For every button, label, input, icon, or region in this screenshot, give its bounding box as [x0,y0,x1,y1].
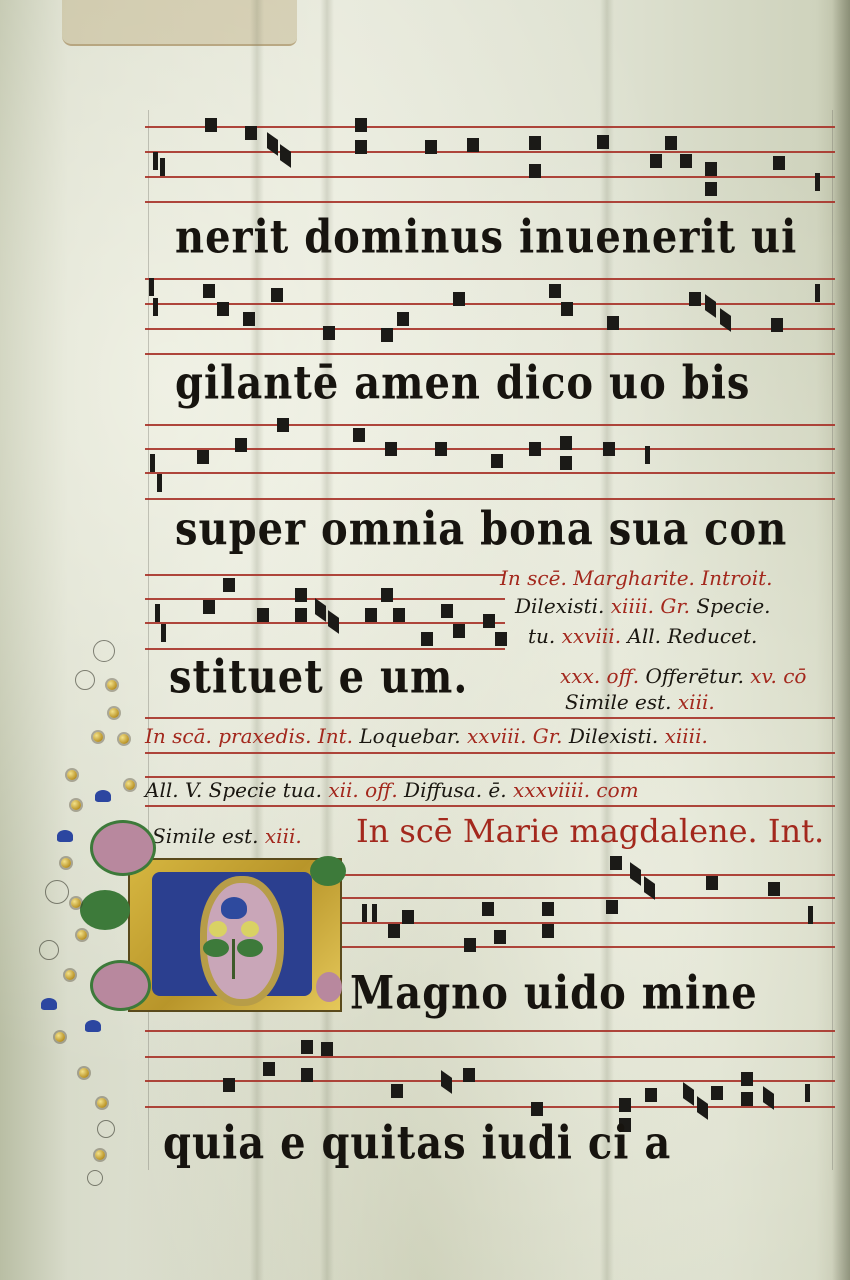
rubric-margaret-line5: Simile est. xiii. [565,690,715,714]
neume [453,292,465,306]
gold-bezant-icon [79,1068,89,1078]
rubric-text: Simile est. [152,824,259,848]
neume [705,162,717,176]
neume [323,326,335,340]
neume [217,302,229,316]
neume [606,900,618,914]
rubric-text: Loquebar. [359,724,460,748]
neume [393,608,405,622]
neume [355,118,367,132]
chant-text: stituet e um. [169,650,468,704]
neume [482,902,494,916]
neume [610,856,622,870]
neume [295,588,307,602]
acanthus-leaf-icon [310,856,346,886]
neume [295,608,307,622]
rubric-praxedis-line1: In scā. praxedis. Int. Loquebar. xxviii.… [145,724,708,748]
neume [435,442,447,456]
leaf-icon [203,939,229,957]
neume [529,136,541,150]
neume-ligature [683,1082,694,1106]
neume [203,284,215,298]
clef [157,474,162,492]
gold-bezant-icon [71,898,81,908]
rubric-text: All. Reducet. [627,624,757,648]
rubric-text: Diffusa. ē. [404,778,507,802]
neume [463,1068,475,1082]
neume [453,624,465,638]
blue-leaf-icon [85,1020,101,1032]
neume [603,442,615,456]
rubric-text: In scā. praxedis. Int. [145,724,353,748]
music-system-5: Magno uido mine [340,870,835,1020]
ruled-line [145,805,835,807]
neume [197,450,209,464]
leaf-icon [237,939,263,957]
neume [561,302,573,316]
illuminated-initial [128,858,342,1012]
neume [529,442,541,456]
neume [263,1062,275,1076]
flower-icon [221,897,247,919]
ruled-line [145,752,835,754]
neume [549,284,561,298]
neume [768,882,780,896]
initial-letter-body [152,872,312,996]
neume [441,604,453,618]
neume [491,454,503,468]
rubric-text: xxviii. [562,624,621,648]
custos [808,906,813,924]
tendril [97,1120,115,1138]
neume [223,578,235,592]
music-system-6: quia e quitas iudi ci a [145,1022,835,1182]
neume [321,1042,333,1056]
neume [741,1092,753,1106]
rubric-text: xxx. off. [560,664,639,688]
neume [381,328,393,342]
neume [388,924,400,938]
neume [542,902,554,916]
blue-leaf-icon [95,790,111,802]
neume [385,442,397,456]
rubric-margaret-line2: Dilexisti. xiiii. Gr. Specie. [515,594,771,618]
clef [372,904,377,922]
rubric-text: Specie. [696,594,770,618]
tendril [93,640,115,662]
neume [706,876,718,890]
gold-bezant-icon [125,780,135,790]
rubric-margaret-line1: In scē. Margharite. Introit. [500,566,772,590]
neume [223,1078,235,1092]
gold-bezant-icon [55,1032,65,1042]
neume [301,1068,313,1082]
chant-text: Magno uido mine [350,966,758,1020]
rubric-praxedis-line2: All. V. Specie tua. xii. off. Diffusa. ē… [145,778,639,802]
neume [425,140,437,154]
rubric-text: xxviii. Gr. [467,724,562,748]
neume [650,154,662,168]
chant-text: gilantē amen dico uo bis [175,356,750,410]
neume [531,1102,543,1116]
gold-bezant-icon [107,680,117,690]
neume [597,135,609,149]
neume [257,608,269,622]
chant-text: super omnia bona sua con [175,502,787,556]
gold-bezant-icon [77,930,87,940]
blue-leaf-icon [57,830,73,842]
neume [560,436,572,450]
rubric-text: Offerētur. [645,664,743,688]
neume-ligature [280,144,291,168]
blue-leaf-icon [41,998,57,1010]
neume [464,938,476,952]
neume [495,632,507,646]
rubric-text: xiii. [678,690,715,714]
neume [381,588,393,602]
gold-bezant-icon [109,708,119,718]
rubric-text: xxxviiii. com [513,778,639,802]
neume-ligature [441,1070,452,1094]
neume-ligature [697,1096,708,1120]
neume-ligature [705,294,716,318]
neume [494,930,506,944]
neume [243,312,255,326]
rubric-text: xiiii. [665,724,708,748]
flower-bud-icon [209,921,227,937]
clef [362,904,367,922]
rubric-magdalene-title: In scē Marie magdalene. Int. [356,812,824,850]
neume [271,288,283,302]
neume [391,1084,403,1098]
gold-bezant-icon [61,858,71,868]
rubric-text: xiiii. Gr. [611,594,690,618]
custos [815,173,820,191]
neume [705,182,717,196]
clef [149,278,154,296]
rubric-text: Specie tua. [209,778,322,802]
ruled-line [145,717,835,719]
chant-text: nerit dominus inuenerit ui [175,210,797,264]
neume [235,438,247,452]
gold-bezant-icon [93,732,103,742]
neume [607,316,619,330]
custos [815,284,820,302]
rubric-margaret-line4: xxx. off. Offerētur. xv. cō [560,664,806,688]
neume [301,1040,313,1054]
gold-bezant-icon [95,1150,105,1160]
gold-bezant-icon [97,1098,107,1108]
acanthus-leaf-icon [316,972,342,1002]
neume [355,140,367,154]
neume [353,428,365,442]
rubric-text: Dilexisti. [515,594,604,618]
neume [365,608,377,622]
gold-bezant-icon [65,970,75,980]
neume [203,600,215,614]
neume [645,1088,657,1102]
penwork-border [35,640,145,1200]
neume [680,154,692,168]
gold-bezant-icon [119,734,129,744]
custos [645,446,650,464]
flower-stem [232,939,235,979]
neume [665,136,677,150]
clef [153,152,158,170]
flower-bud-icon [241,921,259,937]
clef [150,454,155,472]
rubric-text: xv. cō [750,664,806,688]
neume [421,632,433,646]
rubric-text: tu. [528,624,555,648]
gold-bezant-icon [67,770,77,780]
neume [771,318,783,332]
neume [542,924,554,938]
tendril [75,670,95,690]
tendril [45,880,69,904]
chant-text: quia e quitas iudi ci a [163,1116,671,1170]
gold-bezant-icon [71,800,81,810]
neume [529,164,541,178]
clef [160,158,165,176]
neume [711,1086,723,1100]
rubric-margaret-line3: tu. xxviii. All. Reducet. [528,624,757,648]
neume [205,118,217,132]
neume [402,910,414,924]
music-system-3: super omnia bona sua con [145,418,835,568]
tendril [39,940,59,960]
neume [741,1072,753,1086]
music-system-1: nerit dominus inuenerit ui [145,118,835,268]
neume [619,1098,631,1112]
music-system-2: gilantē amen dico uo bis [145,268,835,418]
rubric-text: Dilexisti. [569,724,658,748]
clef [161,624,166,642]
neume [773,156,785,170]
clef [155,604,160,622]
neume [277,418,289,432]
rubric-text: xii. off. [328,778,397,802]
neume [397,312,409,326]
rubric-text: Simile est. [565,690,672,714]
rubric-text: All. V. [145,778,202,802]
tendril [87,1170,103,1186]
initial-oval [200,876,284,1006]
neume [245,126,257,140]
clef [153,298,158,316]
neume [560,456,572,470]
neume-ligature [315,598,326,622]
neume [467,138,479,152]
rubric-praxedis-line3: Simile est. xiii. [152,824,302,848]
custos [805,1084,810,1102]
rubric-text: xiii. [265,824,302,848]
neume-ligature [328,610,339,634]
neume [689,292,701,306]
neume [483,614,495,628]
